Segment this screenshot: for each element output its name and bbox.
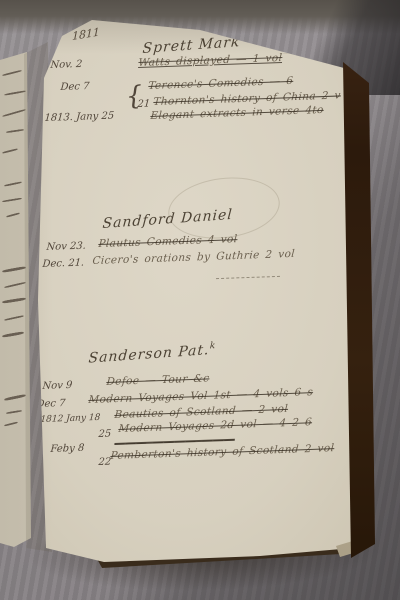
entry-date: 25 bbox=[98, 429, 111, 440]
entry-date: Feby 8 bbox=[50, 443, 85, 455]
handwriting-fragment bbox=[2, 266, 26, 273]
entry-date: Dec. 21. bbox=[42, 258, 85, 270]
entry-date: 1812 Jany 18 bbox=[40, 413, 101, 425]
handwriting-fragment bbox=[4, 421, 18, 426]
handwriting-fragment bbox=[2, 70, 22, 77]
handwriting-fragment bbox=[2, 197, 22, 202]
section-heading-sanderson-patrick: Sanderson Pat.k bbox=[88, 341, 217, 367]
entry-date: 1813. Jany 25 bbox=[44, 111, 115, 124]
handwriting-fragment bbox=[2, 331, 24, 338]
handwriting-fragment bbox=[2, 297, 26, 304]
photo-scene: 1811 Sprett Mark { Nov. 2 Watts displaye… bbox=[0, 0, 400, 600]
entry-text: Plautus Comedies 4 vol bbox=[98, 233, 238, 250]
ledger-page: 1811 Sprett Mark { Nov. 2 Watts displaye… bbox=[0, 0, 400, 600]
entry-date: Nov 23. bbox=[46, 241, 86, 253]
entry-date: Nov. 2 bbox=[50, 59, 83, 71]
entry-date: Nov 9 bbox=[42, 380, 73, 392]
entry-text: Terence's Comedies — 6 bbox=[148, 75, 294, 92]
handwriting-fragment bbox=[4, 394, 26, 402]
handwriting-fragment bbox=[4, 282, 26, 289]
handwriting-fragment bbox=[2, 148, 18, 154]
handwriting-fragment bbox=[4, 315, 24, 321]
entry-date: 21 bbox=[137, 99, 150, 110]
handwriting-fragment bbox=[4, 181, 22, 187]
ditto-marks bbox=[216, 276, 280, 279]
entry-date: Dec 7 bbox=[60, 81, 90, 93]
handwriting-fragment bbox=[6, 129, 24, 133]
heading-superscript: k bbox=[209, 341, 216, 352]
year-label: 1811 bbox=[72, 25, 100, 43]
entry-text: Cicero's orations by Guthrie 2 vol bbox=[92, 248, 295, 267]
entry-text: Defoe — Tour &c bbox=[106, 372, 210, 388]
handwriting-fragment bbox=[6, 212, 20, 218]
handwriting-fragment bbox=[4, 90, 26, 96]
handwriting-fragment bbox=[6, 410, 22, 414]
handwriting-fragment bbox=[2, 109, 26, 118]
heading-main: Sanderson Pat. bbox=[88, 342, 210, 367]
